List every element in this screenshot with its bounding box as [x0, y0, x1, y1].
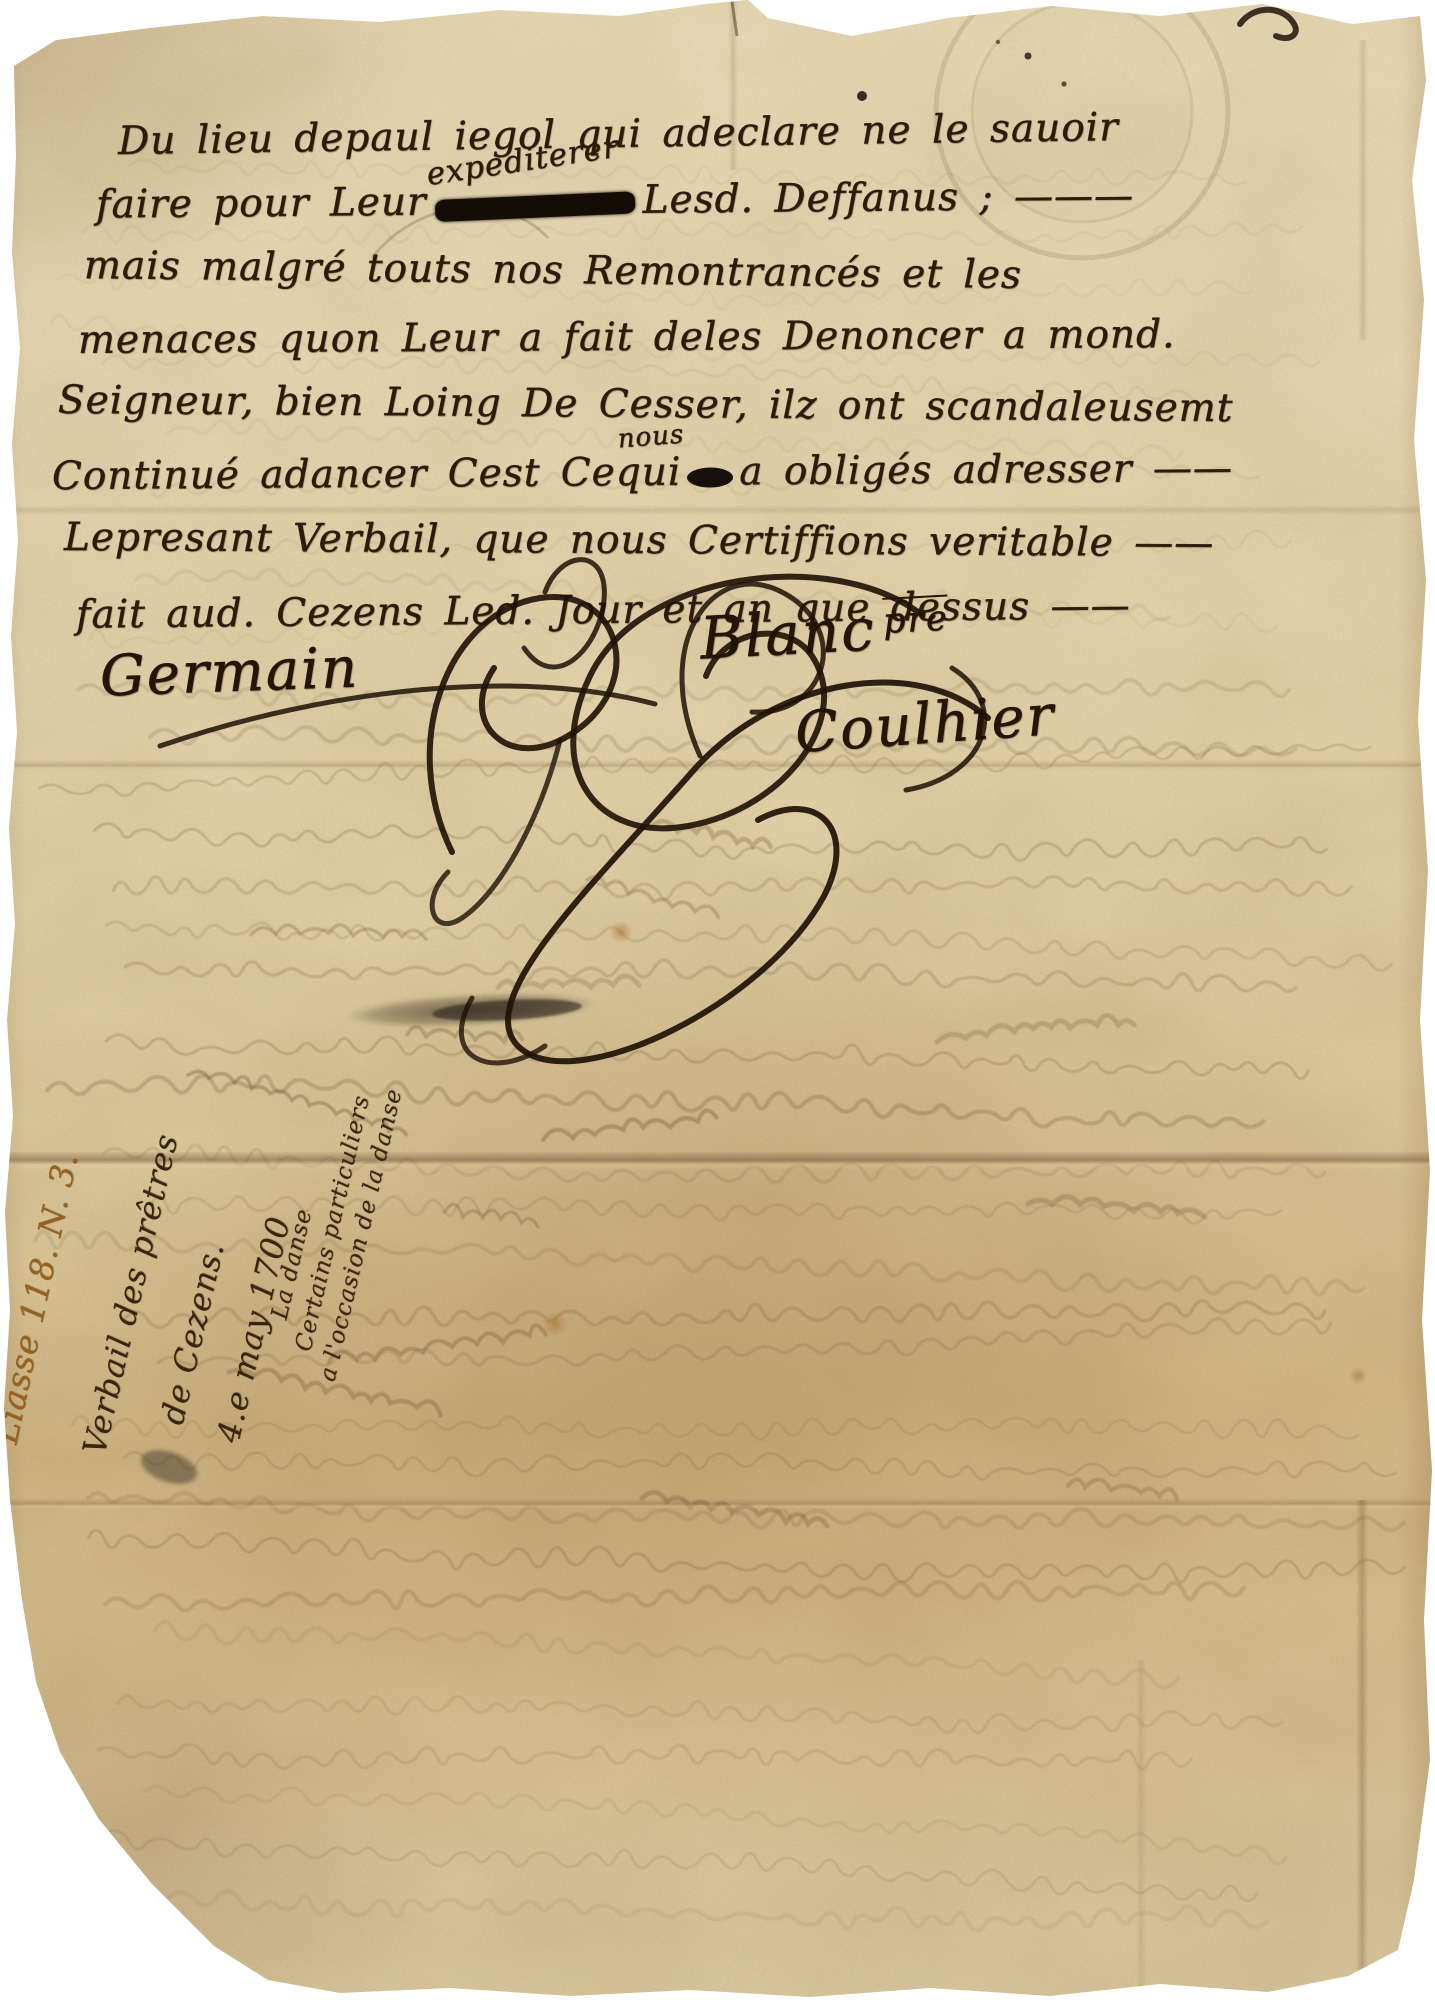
crease-horizontal-faint — [0, 505, 1435, 515]
body-line-6-end: a obligés adresser —— — [739, 446, 1233, 494]
signature-blanc: Blancpre — [698, 592, 950, 673]
signature-coulhier: Coulhier — [793, 683, 1057, 766]
ink-smudge-stain — [295, 979, 647, 1041]
seal-and-ink-marks — [0, 0, 1435, 2000]
body-line-6: Continué adancer Cest Cequinousa obligés… — [52, 446, 1233, 499]
coulhier-flourish-curl — [461, 998, 545, 1063]
crease-vertical-bottom — [1136, 1660, 1146, 2000]
germain-paraph-tail — [432, 740, 560, 924]
body-line-2: faire pour LeurexpeditererLesd. Deffanus… — [96, 173, 1134, 227]
edge-shading-left — [0, 0, 26, 2000]
rust-spot-1 — [608, 922, 634, 942]
ink-spatter-dot — [1061, 81, 1066, 86]
rust-spot-3 — [1348, 1368, 1368, 1384]
crease-horizontal-main-fold — [0, 1152, 1435, 1170]
edge-shading-right — [1398, 0, 1432, 2000]
rust-spot-2 — [540, 1312, 570, 1336]
body-line-2-end: Lesd. Deffanus ; ——— — [642, 173, 1134, 222]
body-line-2-start: faire pour Leur — [96, 180, 427, 228]
small-ink-blot — [687, 467, 733, 487]
signature-flourishes — [0, 0, 1435, 2000]
ink-splat — [857, 91, 867, 101]
crease-horizontal-lower — [0, 1498, 1435, 1510]
body-line-7: Lepresant Verbail, que nous Certiffions … — [64, 515, 1214, 566]
signature-abbr-pre: pre — [882, 595, 950, 642]
signature-germain: Germain — [99, 635, 360, 709]
manuscript-page: Du lieu depaul iegol qui adeclare ne le … — [0, 0, 1435, 2000]
ink-spatter-dot — [996, 40, 1000, 44]
crease-vertical-right-upper — [1358, 40, 1368, 340]
body-line-8: fait aud. Cezens Led. Jour et an que des… — [76, 583, 1131, 637]
bleed-through-writing — [0, 0, 1435, 2000]
interline-insertion-nous: nous — [617, 419, 686, 454]
body-line-4: menaces quon Leur a fait deles Denoncer … — [78, 312, 1176, 363]
signature-blanc-name: Blanc — [698, 595, 877, 672]
body-line-6-start: Continué adancer Cest Cequi — [52, 450, 682, 499]
ink-spatter-dot — [1025, 53, 1032, 60]
scanned-manuscript-photo: Du lieu depaul iegol qui adeclare ne le … — [0, 0, 1435, 2000]
germain-paraph-loop — [430, 597, 617, 852]
corner-ink-mark — [1240, 10, 1296, 38]
small-smudge-stain — [137, 1444, 201, 1490]
body-line-3: mais malgré touts nos Remontrancés et le… — [84, 243, 1022, 298]
ink-smudge-core — [432, 996, 583, 1024]
ink-blot-strikethrough — [434, 191, 635, 222]
crease-horizontal-upper — [0, 760, 1435, 772]
crease-vertical-right-lower — [1356, 1500, 1368, 2000]
top-fold-tick — [732, 2, 737, 36]
paper-grain-texture — [0, 0, 1435, 2000]
